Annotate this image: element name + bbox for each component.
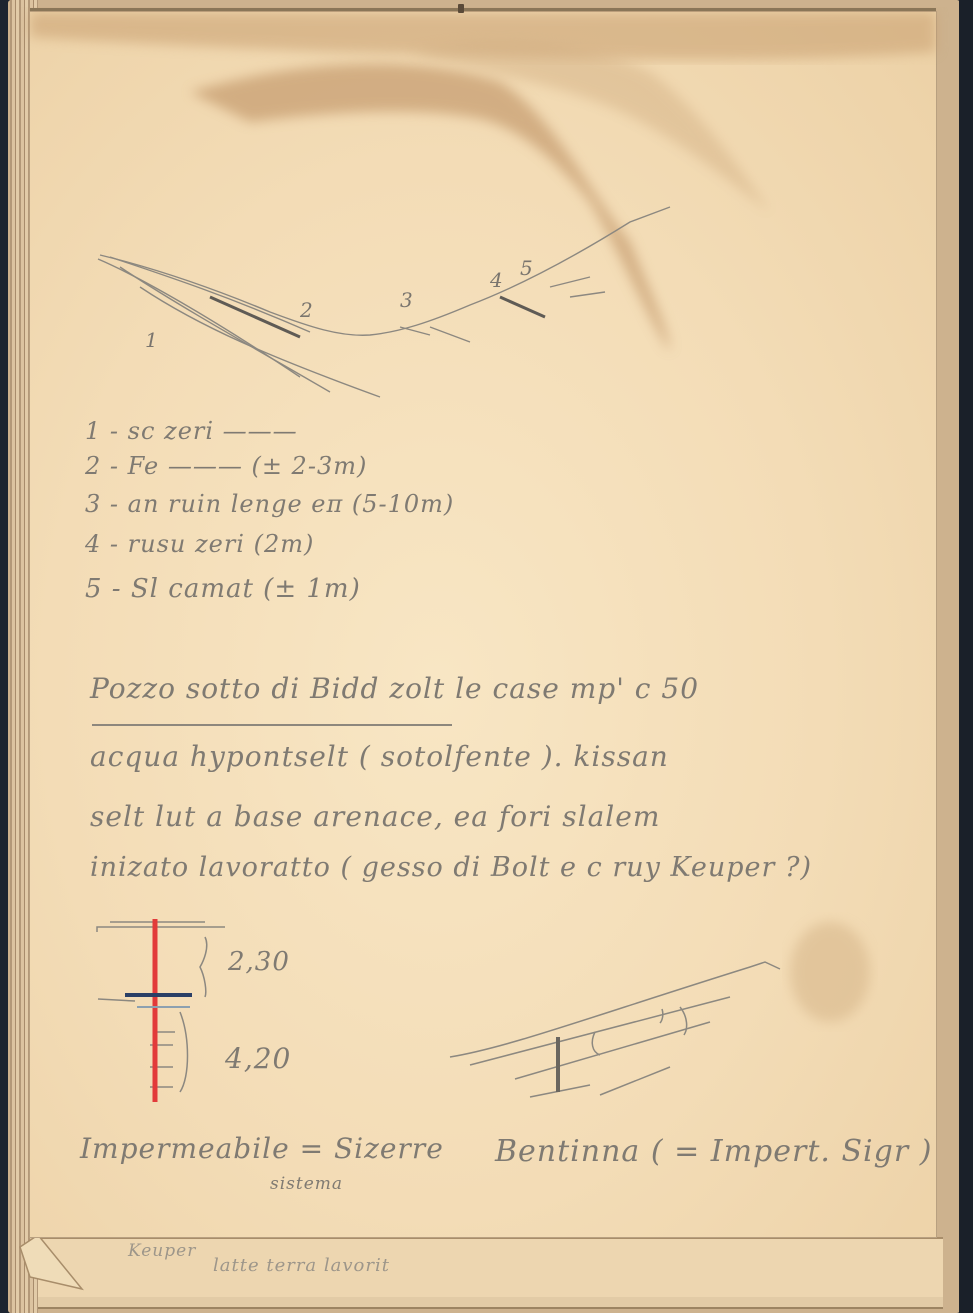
bottom-left-subtext: sistema [270, 1174, 343, 1194]
profile-label-2: 2 [299, 298, 313, 322]
profile-label-5: 5 [520, 256, 533, 280]
staple [458, 4, 464, 13]
heading-underline [92, 724, 452, 726]
scan-background [959, 0, 973, 1313]
binding-line [30, 8, 936, 11]
measure-top: 2,30 [228, 947, 290, 977]
small-stain [760, 912, 900, 1112]
geological-profile-sketch: 1 2 3 4 5 [70, 207, 690, 417]
profile-label-4: 4 [489, 268, 503, 292]
legend-item-1: 1 - sc zeri ——— [85, 417, 298, 445]
legend-item-4: 4 - rusu zeri (2m) [85, 530, 314, 558]
underlying-text-a: Keuper [128, 1241, 196, 1261]
paragraph-line-2: acqua hypontselt ( sotolfente ). kissan [90, 740, 669, 773]
bottom-left-text: Impermeabile = Sizerre [80, 1132, 444, 1165]
measure-bottom: 4,20 [225, 1042, 291, 1075]
underlying-text-b: latte terra lavorit [213, 1255, 390, 1276]
underlying-page-edge [38, 1297, 943, 1309]
paragraph-line-1: Pozzo sotto di Bidd zolt le case mp' c 5… [90, 672, 699, 705]
paragraph-line-3: selt lut a base arenace, ea fori slalem [90, 800, 660, 833]
profile-label-3: 3 [400, 288, 413, 312]
bottom-right-text: Bentinna ( = Impert. Sigr ) [495, 1134, 932, 1169]
paragraph-line-4: inizato lavoratto ( gesso di Bolt e c ru… [90, 852, 812, 883]
slope-section-sketch [450, 937, 770, 1097]
legend-item-3: 3 - an ruin lenge eπ (5-10m) [85, 490, 454, 518]
legend-item-2: 2 - Fe ——— (± 2-3m) [85, 452, 367, 480]
underlying-page: Keuper latte terra lavorit [38, 1237, 943, 1301]
notebook-page: 1 2 3 4 5 1 - sc zeri ——— 2 - Fe ——— (± … [30, 12, 936, 1237]
profile-label-1: 1 [145, 328, 158, 352]
legend-item-5: 5 - Sl camat (± 1m) [85, 574, 361, 604]
